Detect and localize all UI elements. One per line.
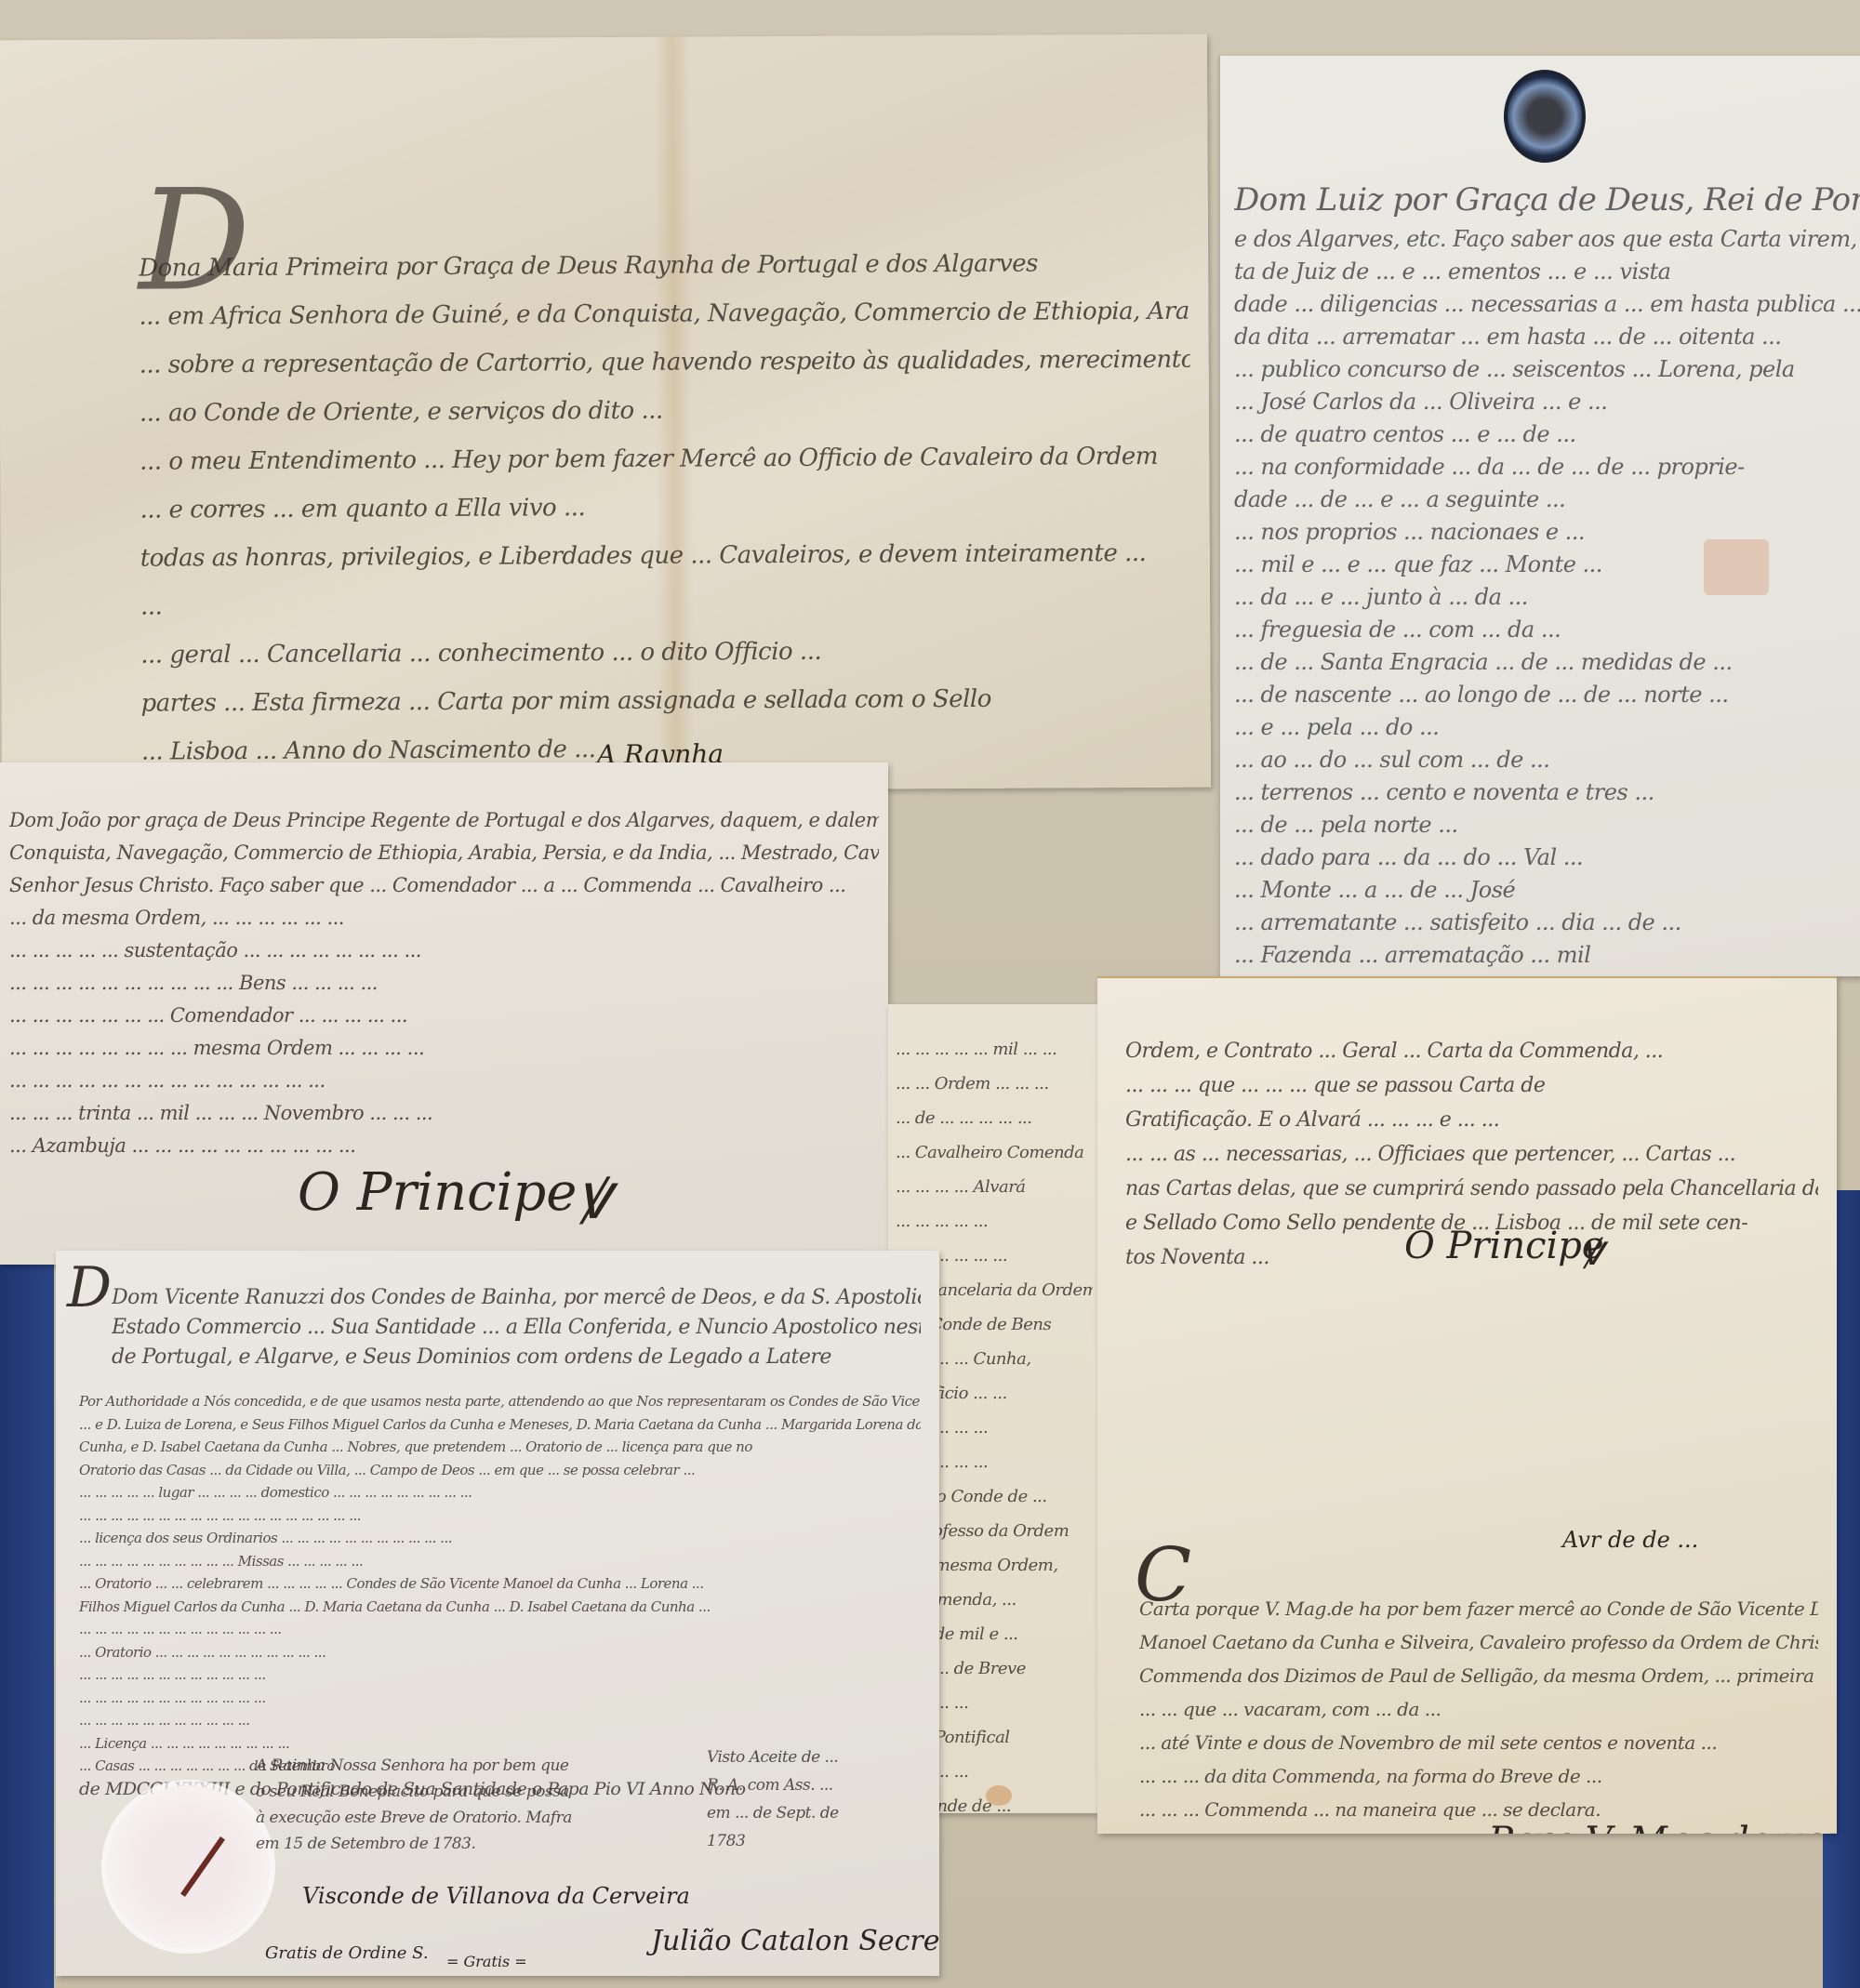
document-principe-regente-letter: Dom João por graça de Deus Principe Rege… bbox=[0, 762, 888, 1265]
text-line: Estado Commercio ... Sua Santidade ... a… bbox=[112, 1313, 921, 1343]
text-line: ... ... ... que ... ... ... que se passo… bbox=[1125, 1068, 1818, 1103]
text-line: dade ... diligencias ... necessarias a .… bbox=[1234, 288, 1860, 321]
text-line: ... e corres ... em quanto a Ella vivo .… bbox=[139, 481, 1190, 535]
text-line: ... José Carlos da ... Oliveira ... e ..… bbox=[1234, 386, 1860, 418]
text-line: ... ... ... ... ... ... ... ... ... ... … bbox=[79, 1618, 921, 1641]
text-line: ... de ... Santa Engracia ... de ... med… bbox=[1234, 646, 1860, 679]
text-line: ... Monte ... a ... de ... José bbox=[1234, 874, 1860, 907]
text-line: ... ao Conde de Oriente, e serviços do d… bbox=[139, 384, 1190, 438]
text-line: em 15 de Setembro de 1783. bbox=[256, 1831, 572, 1857]
header-annotation: Avr de de ... bbox=[1562, 1527, 1698, 1553]
text-line: ... bbox=[140, 577, 1191, 631]
text-line: Dom Vicente Ranuzzi dos Condes de Bainha… bbox=[112, 1283, 921, 1313]
text-line: ... Oratorio ... ... celebrarem ... ... … bbox=[79, 1572, 921, 1596]
text-line: ... ... as ... necessarias, ... Officiae… bbox=[1125, 1137, 1818, 1172]
text-line-heading: Dom Luiz por Graça de Deus, Rei de Portu… bbox=[1234, 177, 1860, 223]
text-line: ... ao ... do ... sul com ... de ... bbox=[1234, 744, 1860, 776]
document-text: Por Authoridade a Nós concedida, e de qu… bbox=[79, 1390, 921, 1800]
text-line: ... na conformidade ... da ... de ... de… bbox=[1234, 451, 1860, 484]
text-line: ... Oratorio ... ... ... ... ... ... ...… bbox=[79, 1641, 921, 1664]
signature-principe: O Principe bbox=[298, 1162, 577, 1223]
text-line: Visto Aceite de ... bbox=[707, 1743, 930, 1771]
document-heading: Dom Vicente Ranuzzi dos Condes de Bainha… bbox=[112, 1283, 921, 1372]
text-line: ... ... Ordem ... ... ... bbox=[896, 1067, 1093, 1101]
text-line: ... licença dos seus Ordinarios ... ... … bbox=[79, 1527, 921, 1550]
text-line: Filhos Miguel Carlos da Cunha ... D. Mar… bbox=[79, 1596, 921, 1619]
text-line: ... de quatro centos ... e ... de ... bbox=[1234, 418, 1860, 451]
text-line: ... ... ... ... ... ... ... ... mesma Or… bbox=[9, 1032, 879, 1065]
text-line: de Portugal, e Algarve, e Seus Dominios … bbox=[112, 1343, 921, 1372]
text-line: Conquista, Navegação, Commercio de Ethio… bbox=[9, 837, 879, 869]
text-line: 1783 bbox=[707, 1827, 930, 1855]
text-line: ... freguesia de ... com ... da ... bbox=[1234, 614, 1860, 646]
registry-note-right: Visto Aceite de ... R. A. com Ass. ... e… bbox=[707, 1743, 930, 1855]
monogram-flourish-icon: ꝟ bbox=[1581, 1220, 1602, 1278]
text-line: ... até Vinte e dous de Novembro de mil … bbox=[1139, 1726, 1818, 1759]
text-line: ... publico concurso de ... seiscentos .… bbox=[1234, 353, 1860, 386]
footer-gratis: = Gratis = bbox=[446, 1953, 527, 1970]
document-royal-charter-top-left: D Dona Maria Primeira por Graça de Deus … bbox=[0, 34, 1211, 794]
text-line: à execução este Breve de Oratorio. Mafra bbox=[256, 1805, 572, 1831]
text-line: ... ... ... ... ... ... ... ... ... ... … bbox=[79, 1550, 921, 1573]
text-line: Dona Maria Primeira por Graça de Deus Ra… bbox=[139, 239, 1189, 293]
text-line: ... e ... pela ... do ... bbox=[1234, 711, 1860, 744]
seal-cut bbox=[180, 1836, 225, 1897]
text-line: todas as honras, privilegios, e Liberdad… bbox=[140, 529, 1191, 583]
text-line: ... ... ... da dita Commenda, na forma d… bbox=[1139, 1759, 1818, 1793]
document-text: Dom João por graça de Deus Principe Rege… bbox=[9, 804, 879, 1162]
beneplacito-note: A Rainha Nossa Senhora ha por bem que se… bbox=[256, 1753, 572, 1857]
text-line: o seu Real Beneplacito para que se possa… bbox=[256, 1779, 572, 1805]
text-line: ... de ... pela norte ... bbox=[1234, 809, 1860, 842]
text-line: ... ... ... ... Alvará bbox=[896, 1170, 1093, 1204]
text-line: Senhor Jesus Christo. Faço saber que ...… bbox=[9, 869, 879, 902]
text-line: ... dado para ... da ... do ... Val ... bbox=[1234, 842, 1860, 874]
text-line: Por Authoridade a Nós concedida, e de qu… bbox=[79, 1390, 921, 1413]
text-line: ... ... ... ... ... lugar ... ... ... ..… bbox=[79, 1481, 921, 1504]
text-line: ... de ... ... ... ... ... bbox=[896, 1101, 1093, 1135]
text-line: ... da mesma Ordem, ... ... ... ... ... … bbox=[9, 902, 879, 934]
text-line: ... Cavalheiro Comenda bbox=[896, 1135, 1093, 1170]
text-line: ... sobre a representação de Cartorrio, … bbox=[139, 336, 1190, 390]
text-line: em ... de Sept. de bbox=[707, 1799, 930, 1827]
text-line: ... e D. Luiza de Lorena, e Seus Filhos … bbox=[79, 1413, 921, 1437]
text-line: ... em Africa Senhora de Guiné, e da Con… bbox=[139, 287, 1189, 341]
text-line: ... ... ... ... ... ... ... ... ... ... … bbox=[9, 1065, 879, 1097]
text-line: ... o meu Entendimento ... Hey por bem f… bbox=[139, 432, 1190, 486]
text-line: ... mil e ... e ... que faz ... Monte ..… bbox=[1234, 549, 1860, 581]
document-carta-commenda: Ordem, e Contrato ... Geral ... Carta da… bbox=[1097, 976, 1837, 1834]
text-line: ... ... ... ... ... mil ... ... bbox=[896, 1032, 1093, 1067]
text-line: Dom João por graça de Deus Principe Rege… bbox=[9, 804, 879, 837]
text-line: ... ... que ... vacaram, com ... da ... bbox=[1139, 1692, 1818, 1726]
text-line: e dos Algarves, etc. Faço saber aos que … bbox=[1234, 223, 1860, 256]
text-line: Oratorio das Casas ... da Cidade ou Vill… bbox=[79, 1459, 921, 1482]
monogram-flourish-icon: ꝟ bbox=[577, 1148, 609, 1238]
text-line: ta de Juiz de ... e ... ementos ... e ..… bbox=[1234, 256, 1860, 288]
text-line: A Rainha Nossa Senhora ha por bem que se bbox=[256, 1753, 572, 1779]
text-line: Manoel Caetano da Cunha e Silveira, Cava… bbox=[1139, 1625, 1818, 1659]
text-line: ... ... ... ... ... ... ... ... ... ... … bbox=[79, 1504, 921, 1528]
text-line: ... de nascente ... ao longo de ... de .… bbox=[1234, 679, 1860, 711]
text-line: ... nos proprios ... nacionaes e ... bbox=[1234, 516, 1860, 549]
document-text: Dona Maria Primeira por Graça de Deus Ra… bbox=[139, 239, 1192, 794]
text-line: ... ... ... ... ... sustentação ... ... … bbox=[9, 934, 879, 967]
text-line: ... da ... e ... junto à ... da ... bbox=[1234, 581, 1860, 614]
text-line: ... ... ... ... ... ... ... ... ... ... … bbox=[9, 967, 879, 1000]
text-line: ... ... ... ... ... ... ... Comendador .… bbox=[9, 1000, 879, 1032]
royal-stamp-seal-icon bbox=[1504, 70, 1586, 163]
text-line: ... Azambuja ... ... ... ... ... ... ...… bbox=[9, 1130, 879, 1162]
text-line: ... ... ... ... ... ... ... ... ... ... … bbox=[79, 1709, 921, 1732]
footer-gratis-ordine: Gratis de Ordine S. bbox=[265, 1943, 429, 1963]
document-text: Dom Luiz por Graça de Deus, Rei de Portu… bbox=[1234, 177, 1860, 976]
text-line: da dita ... arrematar ... em hasta ... d… bbox=[1234, 321, 1860, 353]
text-line: ... geral ... Cancellaria ... conhecimen… bbox=[140, 626, 1191, 680]
text-line: ... ... ... ... ... bbox=[896, 1204, 1093, 1239]
text-line: dade ... de ... e ... a seguinte ... bbox=[1234, 484, 1860, 516]
signature-principe: O Principe bbox=[1404, 1225, 1604, 1267]
document-text-lower: Carta porque V. Mag.de ha por bem fazer … bbox=[1139, 1592, 1818, 1826]
text-line: Ordem, e Contrato ... Geral ... Carta da… bbox=[1125, 1034, 1818, 1068]
text-line: ... ... ... trinta ... mil ... ... ... N… bbox=[9, 1097, 879, 1130]
wax-spot bbox=[986, 1785, 1012, 1806]
decorative-initial: D bbox=[67, 1255, 112, 1320]
text-line: Commenda dos Dizimos de Paul de Selligão… bbox=[1139, 1659, 1818, 1692]
wax-seal-icon bbox=[107, 1785, 270, 1948]
document-dom-luiz-deed: Dom Luiz por Graça de Deus, Rei de Portu… bbox=[1218, 56, 1860, 976]
signature-para-vossa-majestade: Para V. Mag.de ver. bbox=[1488, 1820, 1837, 1834]
text-line: partes ... Esta firmeza ... Carta por mi… bbox=[140, 674, 1191, 728]
text-line: Carta porque V. Mag.de ha por bem fazer … bbox=[1139, 1592, 1818, 1625]
text-line: ... terrenos ... cento e noventa e tres … bbox=[1234, 776, 1860, 809]
text-line: nas Cartas delas, que se cumprirá sendo … bbox=[1125, 1172, 1818, 1206]
signature-visconde: Visconde de Villanova da Cerveira bbox=[302, 1883, 690, 1909]
text-line: Cunha, e D. Isabel Caetana da Cunha ... … bbox=[79, 1436, 921, 1459]
text-line: ... ... ... ... ... ... ... ... ... ... … bbox=[79, 1687, 921, 1710]
document-papal-brief-oratorio: D Dom Vicente Ranuzzi dos Condes de Bain… bbox=[56, 1251, 939, 1976]
text-line: Gratificação. E o Alvará ... ... ... e .… bbox=[1125, 1103, 1818, 1137]
text-line: ... ... ... ... ... ... ... ... ... ... … bbox=[79, 1663, 921, 1687]
text-line: R. A. com Ass. ... bbox=[707, 1771, 930, 1799]
text-line: ... Fazenda ... arrematação ... mil bbox=[1234, 939, 1860, 972]
text-line: ... arrematante ... satisfeito ... dia .… bbox=[1234, 907, 1860, 939]
signature-secretary: Julião Catalon Secretario bbox=[651, 1925, 939, 1957]
